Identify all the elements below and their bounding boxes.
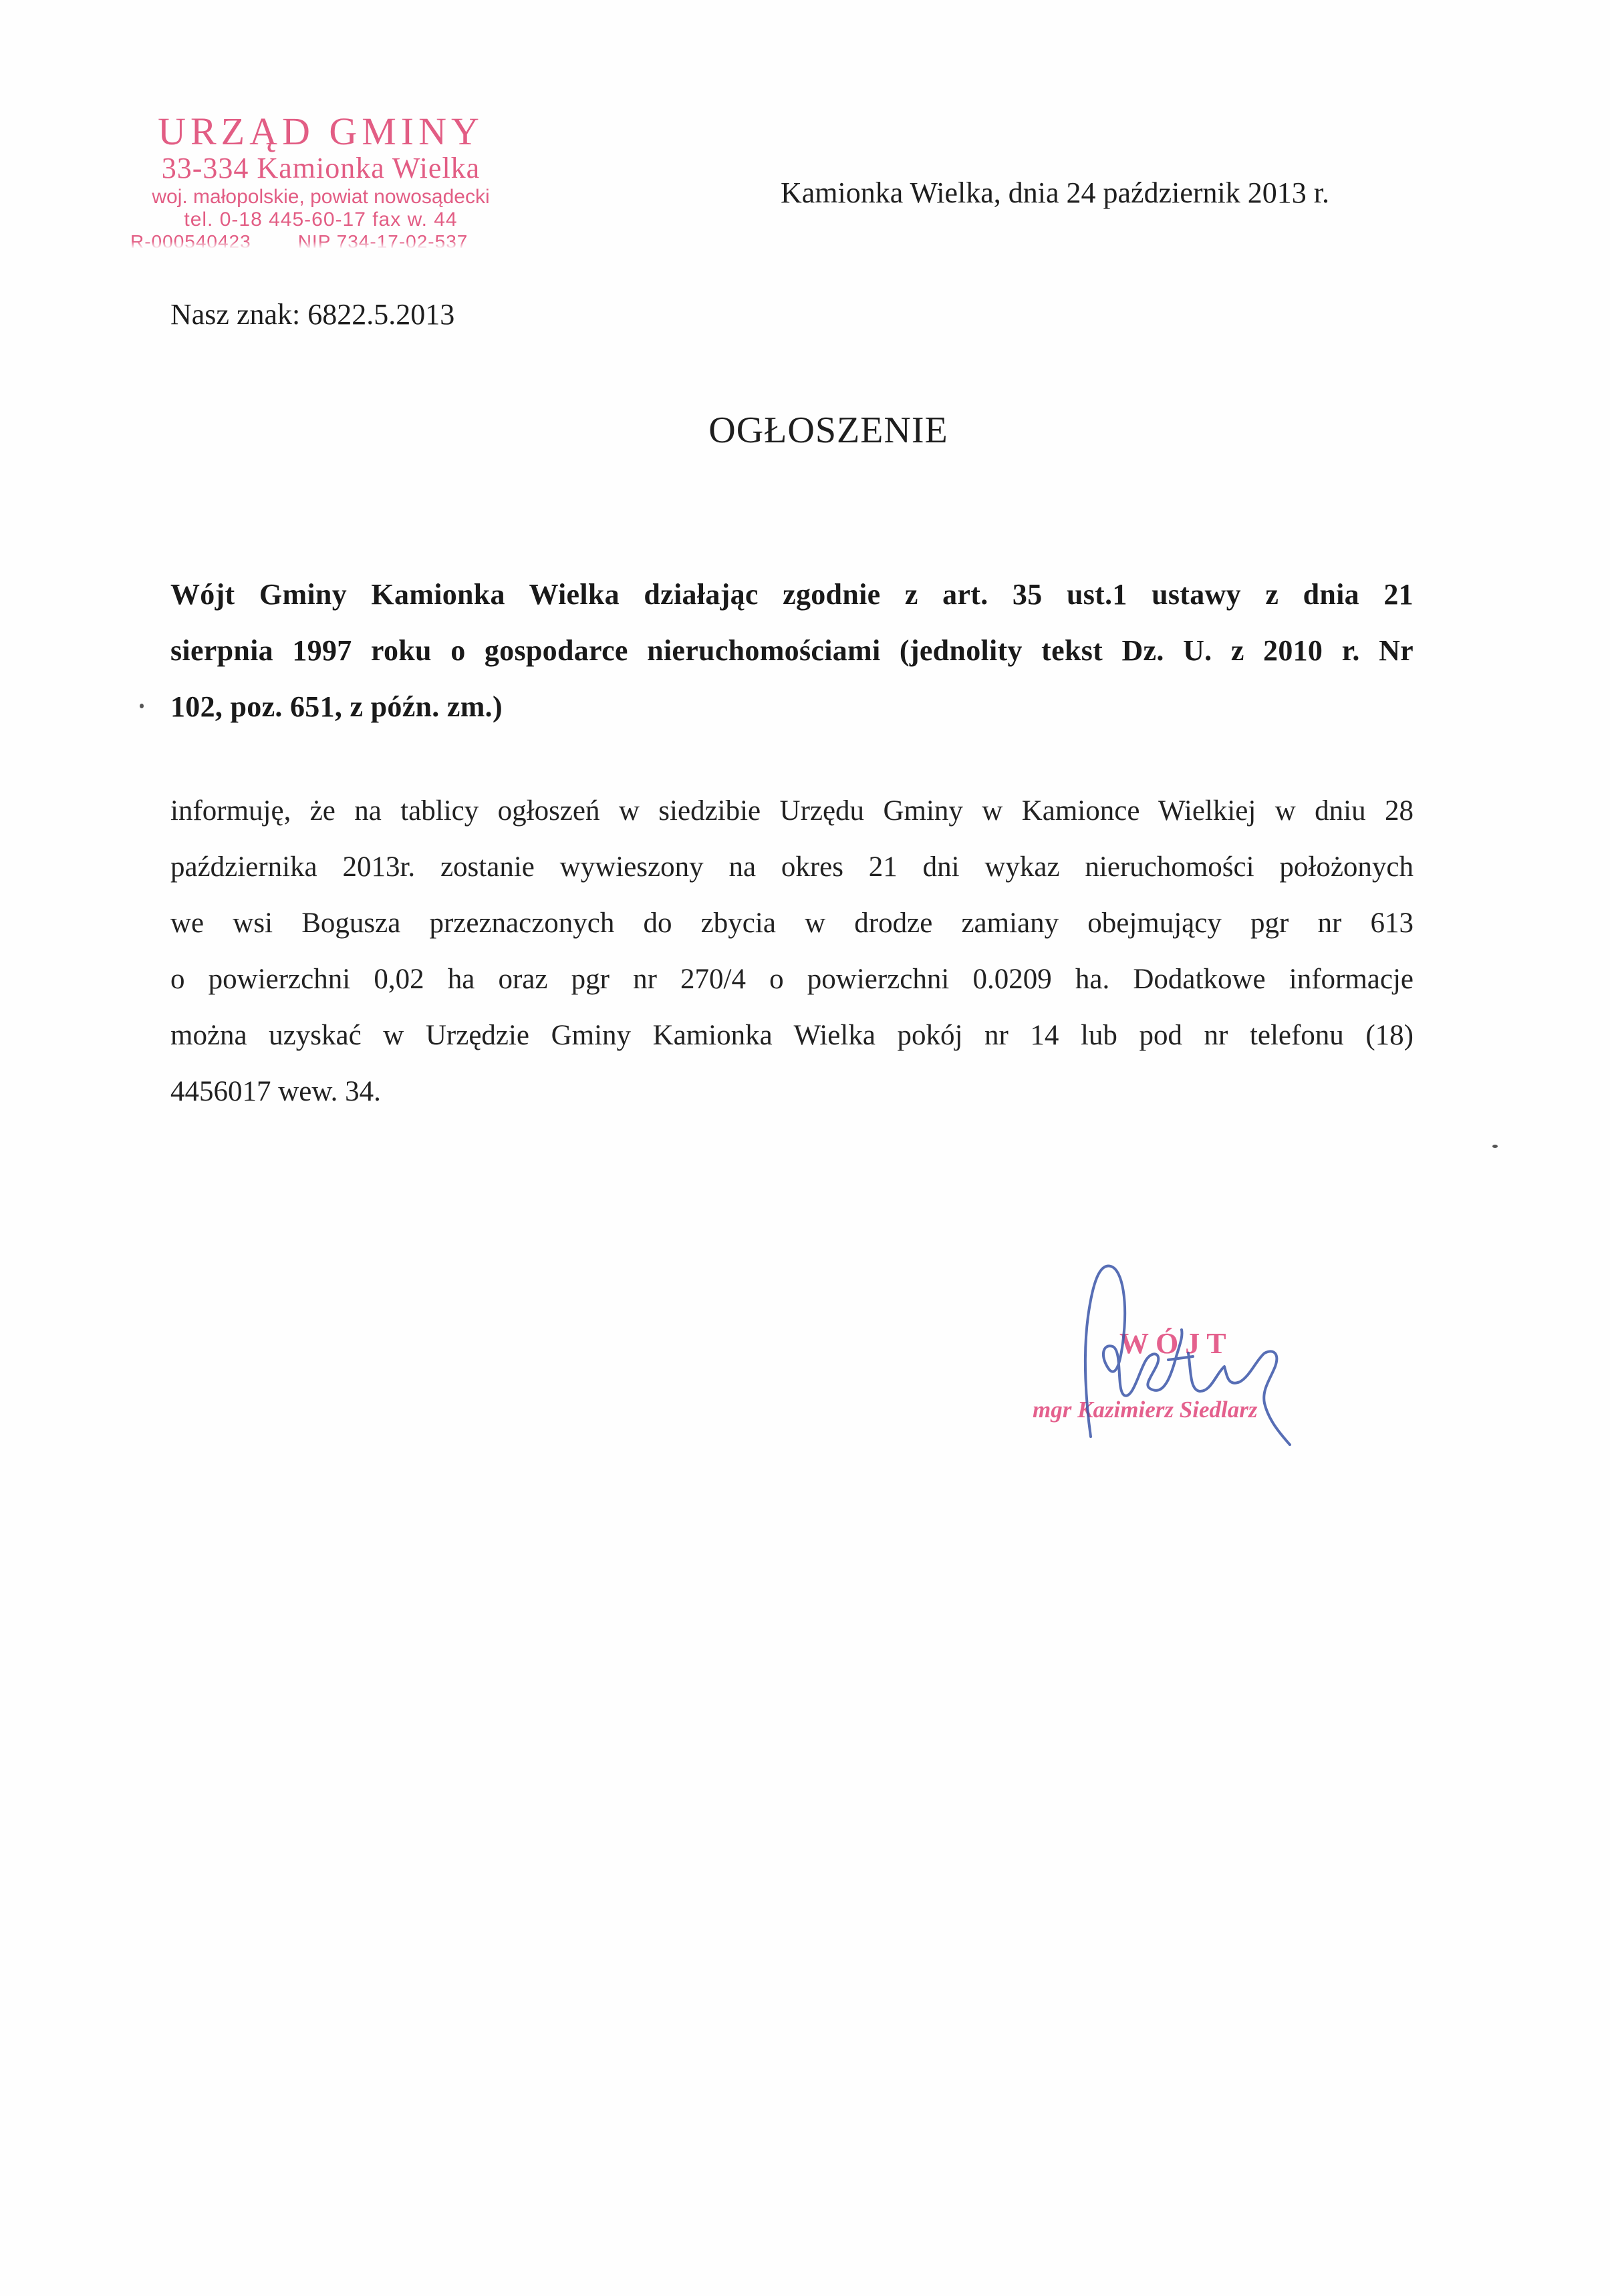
office-stamp: URZĄD GMINY 33-334 Kamionka Wielka woj. … <box>130 112 511 249</box>
body-line: października 2013r. zostanie wywieszony … <box>170 839 1414 895</box>
legal-basis-line: 102, poz. 651, z późn. zm.) <box>170 679 1414 735</box>
stamp-city: 33-334 Kamionka Wielka <box>130 154 511 183</box>
legal-basis-line: Wójt Gminy Kamionka Wielka działając zgo… <box>170 567 1414 623</box>
stamp-regon: R-000540423 <box>130 233 251 249</box>
signature-block: WÓJT mgr Kazimierz Siedlarz <box>1016 1236 1363 1457</box>
legal-basis-line: sierpnia 1997 roku o gospodarce nierucho… <box>170 623 1414 679</box>
date-line: Kamionka Wielka, dnia 24 październik 201… <box>781 176 1329 210</box>
scan-speck <box>140 704 144 708</box>
reference-number: Nasz znak: 6822.5.2013 <box>170 297 454 331</box>
body-line: można uzyskać w Urzędzie Gminy Kamionka … <box>170 1008 1414 1064</box>
document-title: OGŁOSZENIE <box>0 409 1610 452</box>
stamp-title: URZĄD GMINY <box>130 112 511 151</box>
handwritten-signature-icon <box>1016 1236 1363 1457</box>
body-line: we wsi Bogusza przeznaczonych do zbycia … <box>170 895 1414 952</box>
stamp-region: woj. małopolskie, powiat nowosądecki <box>130 187 511 207</box>
body-line: o powierzchni 0,02 ha oraz pgr nr 270/4 … <box>170 952 1414 1008</box>
stamp-ids: R-000540423NIP 734-17-02-537 <box>130 233 511 249</box>
stamp-nip: NIP 734-17-02-537 <box>298 233 468 249</box>
body-line: informuję, że na tablicy ogłoszeń w sied… <box>170 783 1414 839</box>
body-line: 4456017 wew. 34. <box>170 1064 1414 1120</box>
document-page: URZĄD GMINY 33-334 Kamionka Wielka woj. … <box>0 0 1610 2296</box>
stamp-phone: tel. 0-18 445-60-17 fax w. 44 <box>130 210 511 230</box>
notice-body-paragraph: informuję, że na tablicy ogłoszeń w sied… <box>170 783 1414 1120</box>
legal-basis-paragraph: Wójt Gminy Kamionka Wielka działając zgo… <box>170 567 1414 735</box>
scan-speck <box>1492 1145 1498 1148</box>
